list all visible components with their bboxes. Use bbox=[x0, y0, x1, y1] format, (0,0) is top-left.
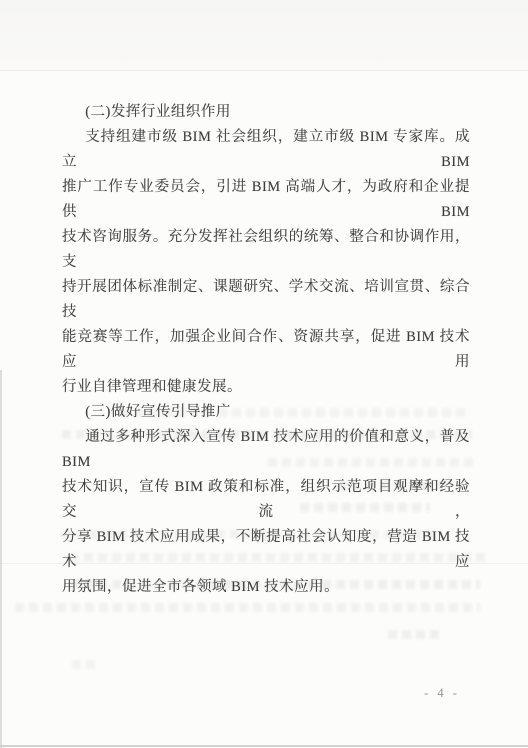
bleed-through-artifact bbox=[388, 630, 443, 639]
section-heading: (二)发挥行业组织作用 bbox=[62, 100, 470, 125]
scanned-document-page: (二)发挥行业组织作用支持组建市级 BIM 社会组织，建立市级 BIM 专家库。… bbox=[0, 0, 528, 748]
text-line: 行业自律管理和健康发展。 bbox=[62, 375, 470, 400]
text-line: 推广工作专业委员会，引进 BIM 高端人才，为政府和企业提供 BIM bbox=[62, 175, 470, 225]
text-line: 能竞赛等工作，加强企业间合作、资源共享，促进 BIM 技术应用 bbox=[62, 325, 470, 375]
scan-bottom-edge bbox=[0, 745, 528, 747]
scan-left-paper-edge bbox=[0, 370, 2, 748]
bleed-through-artifact bbox=[72, 660, 100, 669]
text-line: 支持组建市级 BIM 社会组织，建立市级 BIM 专家库。成立 BIM bbox=[62, 125, 470, 175]
bleed-through-artifact bbox=[120, 408, 470, 417]
bleed-through-artifact bbox=[62, 430, 472, 439]
scan-top-edge-band bbox=[0, 0, 528, 71]
bleed-through-artifact bbox=[268, 458, 478, 467]
text-line: 技术咨询服务。充分发挥社会组织的统筹、整合和协调作用，支 bbox=[62, 225, 470, 275]
bleed-through-artifact bbox=[338, 481, 443, 490]
bleed-through-artifact bbox=[62, 530, 442, 539]
text-line: 持开展团体标准制定、课题研究、学术交流、培训宣贯、综合技 bbox=[62, 275, 470, 325]
bleed-through-artifact bbox=[70, 553, 490, 562]
document-body: (二)发挥行业组织作用支持组建市级 BIM 社会组织，建立市级 BIM 专家库。… bbox=[62, 100, 470, 600]
bleed-through-artifact bbox=[300, 503, 430, 512]
bleed-through-artifact bbox=[70, 580, 480, 589]
bleed-through-artifact bbox=[15, 603, 480, 612]
page-number: - 4 - bbox=[414, 686, 470, 701]
